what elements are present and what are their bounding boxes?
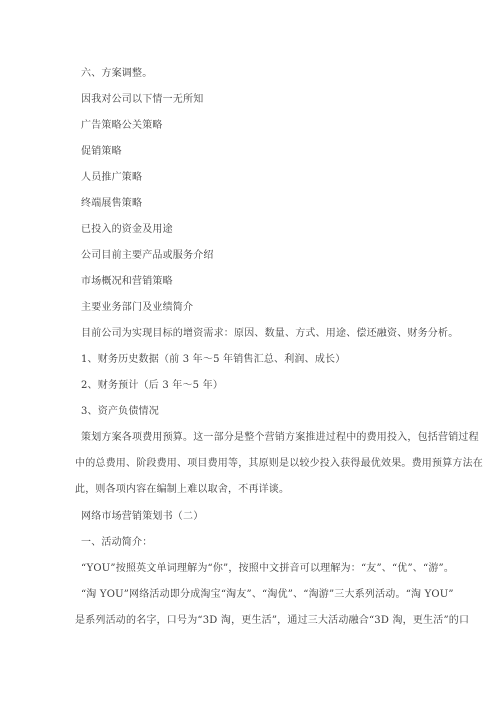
text-line-capital-needs: 目前公司为实现目标的增资需求：原因、数量、方式、用途、偿还融资、财务分析。	[81, 328, 458, 340]
list-item-promotion-strategy: 促销策略	[81, 146, 122, 158]
section-heading-plan-adjustment: 六、方案调整。	[81, 68, 152, 80]
section-heading-activity-intro: 一、活动简介：	[81, 537, 152, 549]
list-item-funds-usage: 已投入的资金及用途	[81, 224, 173, 236]
paragraph-you-line-2: “淘 YOU”网络活动即分成淘宝“淘友”、“淘优”、“淘游”三大系列活动。“淘 …	[81, 589, 454, 601]
numbered-item-2: 2、财务预计（后 3 年～5 年）	[81, 380, 223, 392]
text-line: 因我对公司以下情一无所知	[81, 94, 203, 106]
list-item-personnel-strategy: 人员推广策略	[81, 172, 142, 184]
paragraph-budget-line-2: 中的总费用、阶段费用、项目费用等，其原则是以较少投入获得最优效果。费用预算方法在	[75, 458, 483, 470]
paragraph-you-line-3: 是系列活动的名字，口号为“3D 淘，更生活”，通过三大活动融合“3D 淘，更生活…	[75, 615, 469, 627]
list-item-ad-pr-strategy: 广告策略公关策略	[81, 120, 163, 132]
document-subtitle: 网络市场营销策划书（二）	[81, 511, 203, 523]
document-page: 六、方案调整。 因我对公司以下情一无所知 广告策略公关策略 促销策略 人员推广策…	[0, 0, 500, 707]
paragraph-you-line-1: “YOU”按照英文单词理解为“你”，按照中文拼音可以理解为：“友”、“优”、“游…	[81, 563, 454, 575]
list-item-departments: 主要业务部门及业绩简介	[81, 302, 193, 314]
paragraph-budget-line-1: 策划方案各项费用预算。这一部分是整个营销方案推进过程中的费用投入，包括营销过程	[81, 432, 479, 444]
list-item-terminal-strategy: 终端展售策略	[81, 198, 142, 210]
numbered-item-1: 1、财务历史数据（前 3 年～5 年销售汇总、利润、成长）	[81, 354, 345, 366]
numbered-item-3: 3、资产负债情况	[81, 406, 159, 418]
list-item-products-intro: 公司目前主要产品或服务介绍	[81, 250, 214, 262]
list-item-market-overview: 市场概况和营销策略	[81, 276, 173, 288]
paragraph-budget-line-3: 此，则各项内容在编制上难以取舍，不再详谈。	[75, 484, 289, 496]
